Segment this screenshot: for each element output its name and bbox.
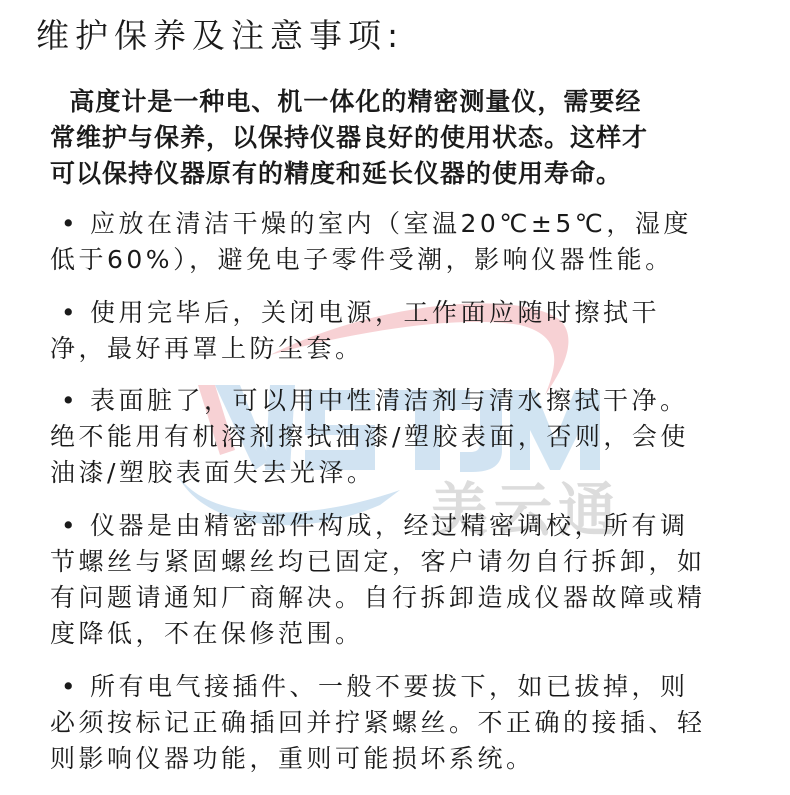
bullet-text: 低于60%），避免电子零件受潮，影响仪器性能。 [50,242,765,278]
bullet-text: 则影响仪器功能，重则可能损坏系统。 [50,741,765,777]
bullet-text: 度降低，不在保修范围。 [50,616,765,652]
bullet-text: 使用完毕后，关闭电源，工作面应随时擦拭干 [90,298,660,327]
bullet-item: •所有电气接插件、一般不要拔下，如已拔掉，则 必须按标记正确插回并拧紧螺丝。不正… [50,669,765,777]
bullet-item: •仪器是由精密部件构成，经过精密调校，所有调 节螺丝与紧固螺丝均已固定，客户请勿… [50,508,765,652]
intro-paragraph: 高度计是一种电、机一体化的精密测量仪，需要经 常维护与保养，以保持仪器良好的使用… [50,84,765,192]
bullet-text: 绝不能用有机溶剂擦拭油漆/塑胶表面，否则，会使 [50,419,765,455]
intro-line: 高度计是一种电、机一体化的精密测量仪，需要经 [50,84,765,120]
bullet-text: 必须按标记正确插回并拧紧螺丝。不正确的接插、轻 [50,705,765,741]
intro-line: 可以保持仪器原有的精度和延长仪器的使用寿命。 [50,156,765,192]
bullet-icon: • [50,508,90,544]
bullet-icon: • [50,206,90,242]
bullet-text: 表面脏了，可以用中性清洁剂与清水擦拭干净。 [90,386,689,415]
bullet-text: 应放在清洁干燥的室内（室温20℃±5℃，湿度 [90,209,692,238]
bullet-text: 油漆/塑胶表面失去光泽。 [50,455,765,491]
bullet-icon: • [50,669,90,705]
bullet-text: 有问题请通知厂商解决。自行拆卸造成仪器故障或精 [50,580,765,616]
bullet-item: •使用完毕后，关闭电源，工作面应随时擦拭干 净，最好再罩上防尘套。 [50,295,765,367]
bullet-text: 节螺丝与紧固螺丝均已固定，客户请勿自行拆卸，如 [50,544,765,580]
bullet-item: •应放在清洁干燥的室内（室温20℃±5℃，湿度 低于60%），避免电子零件受潮，… [50,206,765,278]
page-title: 维护保养及注意事项: [36,10,404,57]
bullet-text: 仪器是由精密部件构成，经过精密调校，所有调 [90,511,689,540]
bullet-icon: • [50,295,90,331]
bullet-text: 净，最好再罩上防尘套。 [50,331,765,367]
bullet-item: •表面脏了，可以用中性清洁剂与清水擦拭干净。 绝不能用有机溶剂擦拭油漆/塑胶表面… [50,383,765,491]
bullet-icon: • [50,383,90,419]
intro-line: 常维护与保养，以保持仪器良好的使用状态。这样才 [50,120,765,156]
bullet-text: 所有电气接插件、一般不要拔下，如已拔掉，则 [90,672,689,701]
